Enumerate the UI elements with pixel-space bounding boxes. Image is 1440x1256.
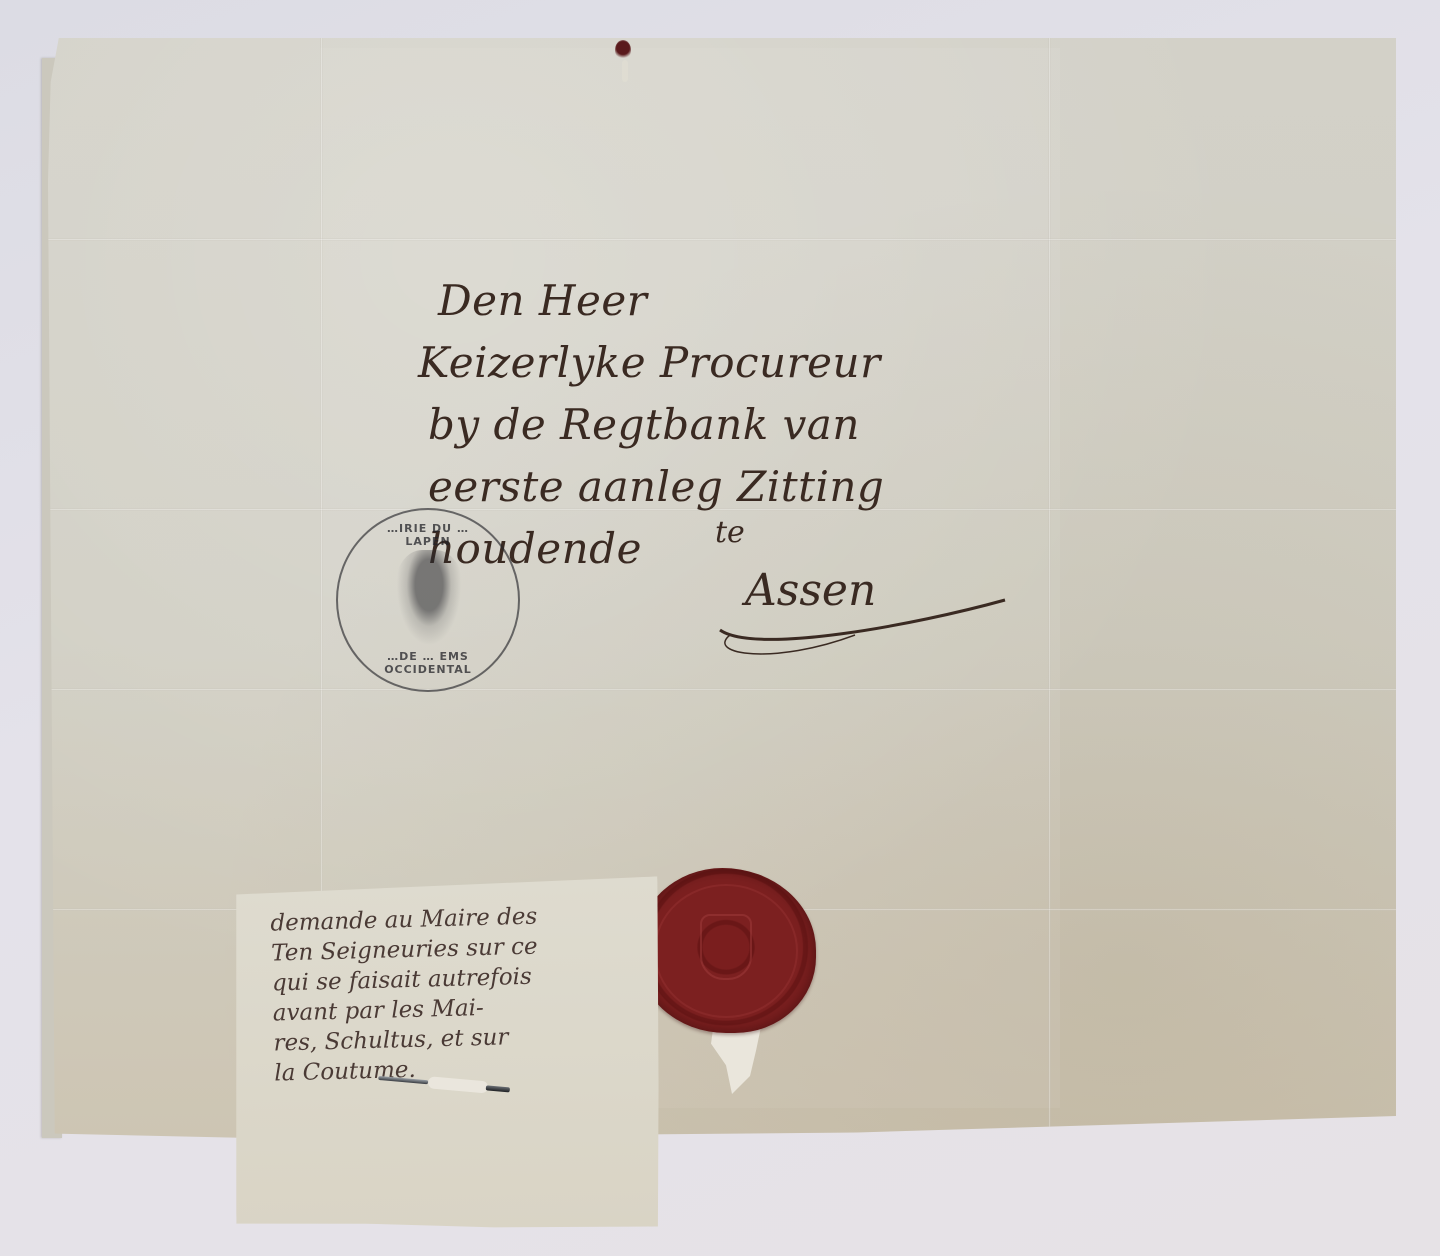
address-line: eerste aanleg Zitting bbox=[418, 456, 1038, 518]
paper-tear bbox=[622, 60, 628, 82]
pinned-note: demande au Maire des Ten Seigneuries sur… bbox=[227, 876, 666, 1237]
stamp-top-text: …IRIE DU … LAPEN bbox=[362, 522, 494, 548]
ink-stamp: …IRIE DU … LAPEN …DE … EMS OCCIDENTAL bbox=[336, 508, 520, 692]
signature-block: te Assen bbox=[715, 555, 1015, 665]
wax-residue bbox=[615, 40, 631, 60]
address-line: Keizerlyke Procureur bbox=[418, 332, 1038, 394]
signature-flourish-icon bbox=[715, 555, 1015, 665]
address-line: by de Regtbank van bbox=[418, 394, 1038, 456]
red-wax-seal bbox=[636, 868, 816, 1033]
handwritten-address: Den Heer Keizerlyke Procureur by de Regt… bbox=[418, 270, 1038, 520]
signature-prefix: te bbox=[715, 515, 745, 550]
fold-line bbox=[1048, 38, 1051, 1138]
seal-crest-icon bbox=[700, 914, 752, 980]
portrait-bust-icon bbox=[394, 550, 464, 650]
fold-line bbox=[48, 238, 1396, 241]
note-text: demande au Maire des Ten Seigneuries sur… bbox=[270, 899, 655, 1089]
fold-line bbox=[48, 688, 1396, 691]
address-line: Den Heer bbox=[418, 270, 1038, 332]
stamp-bottom-text: …DE … EMS OCCIDENTAL bbox=[358, 650, 498, 676]
